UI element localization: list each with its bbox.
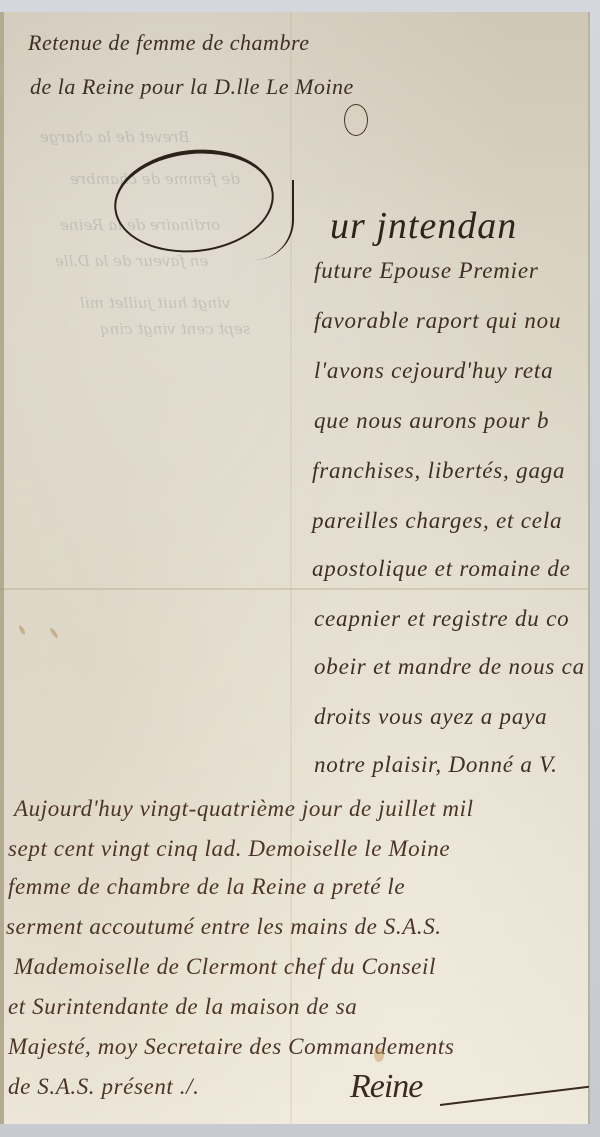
- bleed-through-line: sept cent vingt cinq: [100, 320, 251, 338]
- header-note-line-2: de la Reine pour la D.lle Le Moine: [30, 74, 354, 100]
- body-line: apostolique et romaine de: [312, 556, 571, 582]
- body-line: ceapnier et registre du co: [314, 606, 569, 632]
- header-note-line-1: Retenue de femme de chambre: [28, 30, 309, 56]
- bleed-through-line: Brevet de la charge: [40, 128, 190, 146]
- body-line: que nous aurons pour b: [314, 408, 549, 434]
- attestation-line: femme de chambre de la Reine a preté le: [8, 874, 405, 900]
- heading-text: ur jntendan: [330, 204, 517, 248]
- attestation-line: et Surintendante de la maison de sa: [8, 994, 357, 1020]
- bleed-through-line: vingt huit juillet mil: [80, 294, 230, 312]
- body-line: favorable raport qui nou: [314, 308, 561, 334]
- signature: Reine: [350, 1068, 422, 1106]
- attestation-line: Mademoiselle de Clermont chef du Conseil: [14, 954, 436, 980]
- bleed-through-line: en faveur de la D.lle: [55, 252, 208, 270]
- paper-edge: [0, 12, 4, 1124]
- body-line: droits vous ayez a paya: [314, 704, 547, 730]
- ink-stain: [374, 1048, 384, 1062]
- body-line: franchises, libertés, gaga: [312, 458, 565, 484]
- body-line: pareilles charges, et cela: [312, 508, 562, 534]
- body-line: l'avons cejourd'huy reta: [314, 358, 553, 384]
- fold-crease: [0, 588, 588, 590]
- attestation-line: serment accoutumé entre les mains de S.A…: [6, 914, 442, 940]
- attestation-line: sept cent vingt cinq lad. Demoiselle le …: [8, 836, 450, 862]
- body-line: notre plaisir, Donné a V.: [314, 752, 558, 778]
- body-line: obeir et mandre de nous ca: [314, 654, 585, 680]
- attestation-line: de S.A.S. présent ./.: [8, 1074, 199, 1100]
- attestation-line: Majesté, moy Secretaire des Commandement…: [8, 1034, 454, 1060]
- attestation-line: Aujourd'huy vingt-quatrième jour de juil…: [14, 796, 474, 822]
- body-line: future Epouse Premier: [314, 258, 539, 284]
- ornament-mark: [344, 104, 368, 136]
